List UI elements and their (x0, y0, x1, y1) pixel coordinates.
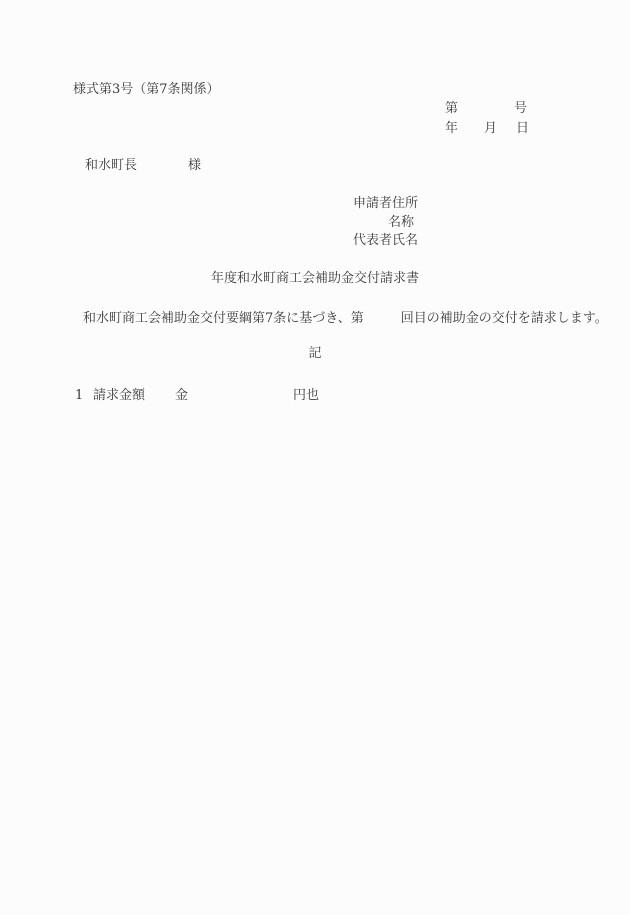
item-number: 1 (75, 389, 83, 403)
date-month-label: 月 (484, 122, 497, 136)
applicant-name-label: 名称 (388, 216, 414, 230)
applicant-representative-label: 代表者氏名 (353, 234, 418, 248)
form-number: 様式第3号（第7条関係） (73, 83, 220, 97)
record-marker: 記 (0, 347, 630, 361)
amount-unit-prefix: 金 (175, 389, 188, 403)
item-label: 請求金額 (93, 389, 145, 403)
request-sentence: 和水町商工会補助金交付要綱第7条に基づき、第回目の補助金の交付を請求します。 (83, 312, 608, 326)
addressee-name: 和水町長 (85, 159, 137, 173)
amount-unit-suffix: 円也 (293, 389, 319, 403)
applicant-address-label: 申請者住所 (353, 197, 418, 211)
doc-number-suffix-label: 号 (514, 102, 527, 116)
request-sentence-after-blank: 回目の補助金の交付を請求します。 (401, 311, 608, 326)
doc-number-prefix-label: 第 (445, 102, 458, 116)
request-sentence-before-blank: 和水町商工会補助金交付要綱第7条に基づき、第 (83, 311, 364, 326)
addressee-honorific: 様 (188, 159, 201, 173)
date-year-label: 年 (445, 122, 458, 136)
document-page: 様式第3号（第7条関係） 第 号 年 月 日 和水町長 様 申請者住所 名称 代… (0, 0, 630, 915)
date-day-label: 日 (516, 122, 529, 136)
document-title: 年度和水町商工会補助金交付請求書 (0, 272, 630, 286)
